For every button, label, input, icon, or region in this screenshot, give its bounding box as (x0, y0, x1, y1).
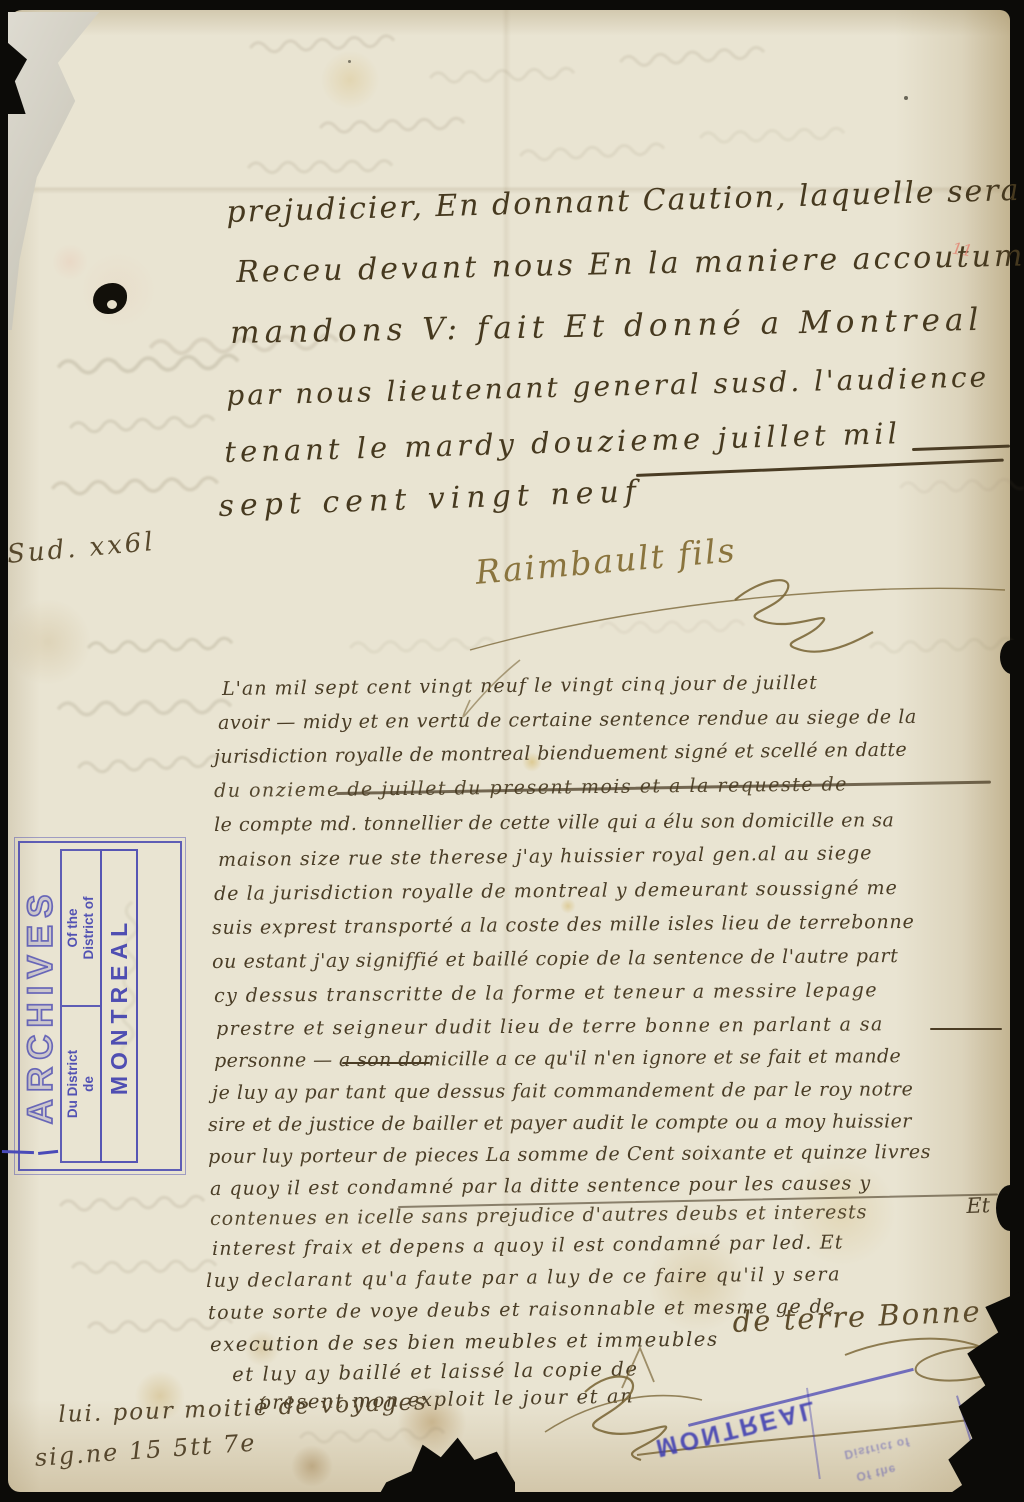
manuscript-line: le compte md. tonnellier de cette ville … (214, 811, 894, 835)
stamp-border-box: ARCHIVES Du District de Of the District … (18, 841, 182, 1171)
stamp-col-fr-line2: de (81, 1076, 96, 1092)
manuscript-line: prestre et seigneur dudit lieu de terre … (216, 1015, 884, 1039)
inline-et-mark: Et (966, 1195, 990, 1217)
manuscript-line: je luy ay par tant que dessus fait comma… (212, 1080, 913, 1103)
manuscript-line: sire et de justice de bailler et payer a… (208, 1112, 912, 1135)
manuscript-line: personne — a son domicille a ce qu'il n'… (214, 1047, 901, 1071)
ink-dash (342, 1062, 430, 1064)
torn-edge-bump (996, 1185, 1024, 1231)
stamp-col-fr-line1: Du District (65, 1050, 80, 1118)
ink-blot-notch (107, 300, 117, 309)
manuscript-line: pour luy porteur de pieces La somme de C… (208, 1143, 931, 1167)
stamp-col-fr: Du District de (62, 1007, 100, 1161)
archives-district-stamp: ARCHIVES Du District de Of the District … (16, 840, 184, 1172)
stamp-title: ARCHIVES (23, 849, 60, 1163)
manuscript-line: execution de ses bien meubles et immeubl… (210, 1330, 719, 1355)
stamp-col-en-line1: Of the (65, 909, 80, 948)
stamp-col-en: Of the District of (62, 851, 100, 1007)
stamp-city: MONTREAL (100, 849, 138, 1163)
stamp-col-en-line2: District of (81, 897, 96, 960)
manuscript-line: et luy ay baillé et laissé la copie de (232, 1359, 639, 1384)
torn-edge-bump (1000, 640, 1024, 674)
paper-speck (904, 96, 908, 100)
paper-speck (348, 60, 351, 63)
blue-pencil-mark (2, 1150, 34, 1154)
red-archivist-mark: 11 (951, 239, 974, 261)
ink-dash (930, 1028, 1002, 1030)
manuscript-scan: prejudicier, En donnant Caution, laquell… (0, 0, 1024, 1502)
stamp-columns: Du District de Of the District of (60, 849, 100, 1163)
